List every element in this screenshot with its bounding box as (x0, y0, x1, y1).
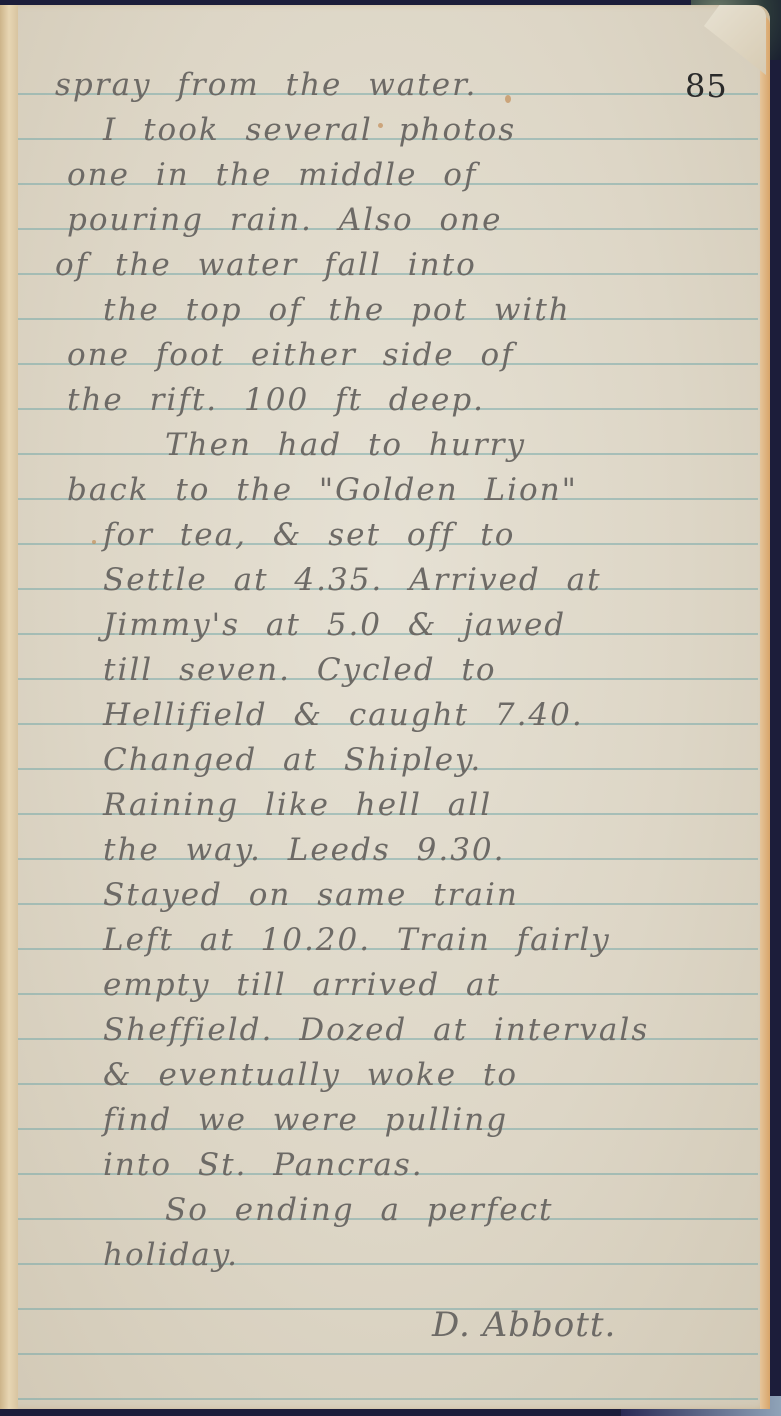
text-line: Stayed on same train (55, 873, 755, 918)
text-line: I took several photos (55, 108, 755, 153)
photo-scene: 85 spray from the water. I took several … (0, 0, 781, 1416)
text-line: Hellifield & caught 7.40. (55, 693, 755, 738)
text-line: Settle at 4.35. Arrived at (55, 558, 755, 603)
signature: D. Abbott. (432, 1305, 616, 1345)
text-line: till seven. Cycled to (55, 648, 755, 693)
text-line: Changed at Shipley. (55, 738, 755, 783)
text-line: find we were pulling (55, 1098, 755, 1143)
text-line: Sheffield. Dozed at intervals (55, 1008, 755, 1053)
handwritten-text: spray from the water. I took several pho… (55, 63, 755, 1278)
text-line: one in the middle of (55, 153, 755, 198)
text-line: spray from the water. (55, 63, 755, 108)
rule-line (18, 1308, 758, 1310)
rule-line (18, 1398, 758, 1400)
text-line: empty till arrived at (55, 963, 755, 1008)
text-line: Jimmy's at 5.0 & jawed (55, 603, 755, 648)
text-line: So ending a perfect (55, 1188, 755, 1233)
diary-page: 85 spray from the water. I took several … (0, 5, 770, 1409)
text-line: Then had to hurry (55, 423, 755, 468)
text-line: the way. Leeds 9.30. (55, 828, 755, 873)
text-line: holiday. (55, 1233, 755, 1278)
text-line: Left at 10.20. Train fairly (55, 918, 755, 963)
text-line: & eventually woke to (55, 1053, 755, 1098)
page-spine (0, 5, 18, 1409)
text-line: the top of the pot with (55, 288, 755, 333)
text-line: of the water fall into (55, 243, 755, 288)
text-line: pouring rain. Also one (55, 198, 755, 243)
text-line: back to the "Golden Lion" (55, 468, 755, 513)
rule-line (18, 1353, 758, 1355)
text-line: Raining like hell all (55, 783, 755, 828)
text-line: into St. Pancras. (55, 1143, 755, 1188)
text-line: the rift. 100 ft deep. (55, 378, 755, 423)
text-line: for tea, & set off to (55, 513, 755, 558)
page-edge (760, 15, 770, 1409)
text-line: one foot either side of (55, 333, 755, 378)
